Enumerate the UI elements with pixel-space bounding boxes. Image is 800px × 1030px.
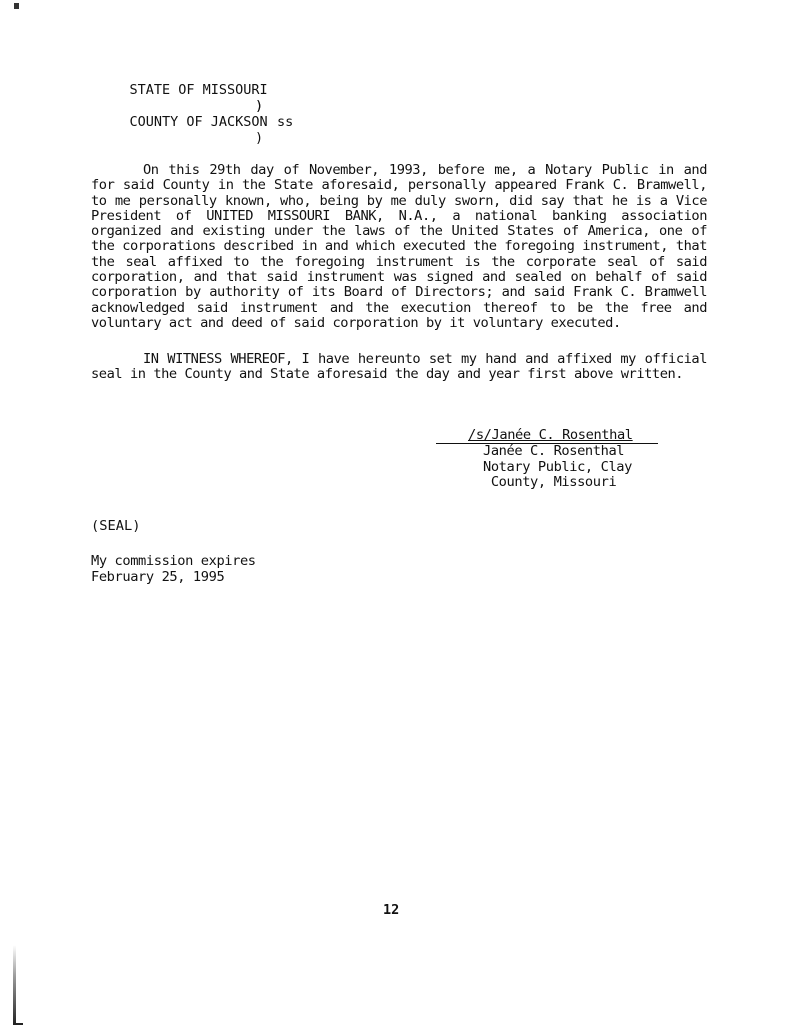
venue-ss-row: ) ss [97, 82, 268, 98]
page-number: 12 [383, 902, 399, 918]
signature-block: /s/Janée C. Rosenthal Janée C. Rosenthal… [436, 428, 658, 491]
acknowledgment-paragraph: On this 29th day of November, 1993, befo… [91, 163, 707, 331]
signer-title-1: Notary Public, Clay [436, 460, 658, 476]
signer-name: Janée C. Rosenthal [436, 444, 658, 460]
scan-artifact-bottom [13, 945, 16, 1025]
commission-line-2: February 25, 1995 [91, 570, 256, 586]
witness-paragraph: IN WITNESS WHEREOF, I have hereunto set … [91, 352, 707, 383]
venue-paren-3: ) [255, 130, 263, 146]
commission-line-1: My commission expires [91, 554, 256, 570]
signature-line: /s/Janée C. Rosenthal [436, 428, 658, 444]
commission-block: My commission expires February 25, 1995 [91, 554, 256, 585]
signature-conformed: /s/Janée C. Rosenthal [468, 427, 633, 443]
seal-label: (SEAL) [91, 518, 140, 534]
witness-text: IN WITNESS WHEREOF, I have hereunto set … [91, 352, 707, 383]
venue-county-row: COUNTY OF JACKSON ) [97, 98, 268, 114]
acknowledgment-text: On this 29th day of November, 1993, befo… [91, 163, 707, 331]
venue-county: COUNTY OF JACKSON [130, 114, 268, 130]
venue-block: STATE OF MISSOURI ) ) ss COUNTY OF JACKS… [97, 66, 268, 114]
venue-state-row: STATE OF MISSOURI ) [97, 66, 268, 82]
scan-artifact-top [14, 3, 19, 9]
signer-title-2: County, Missouri [436, 475, 658, 491]
venue-ss: ss [277, 114, 293, 130]
